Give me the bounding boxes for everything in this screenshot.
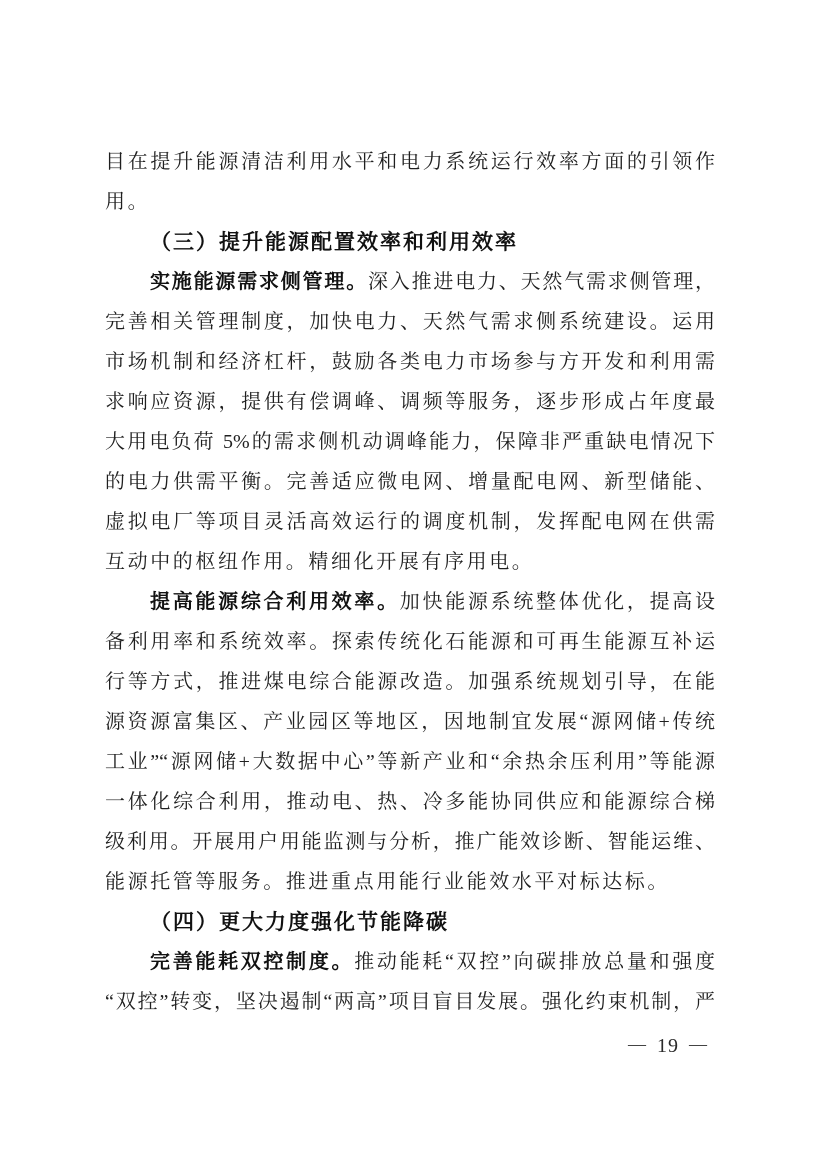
- text-line: 行等方式，推进煤电综合能源改造。加强系统规划引导，在能: [105, 662, 715, 702]
- text-run: 完善相关管理制度，加快电力、天然气需求侧系统建设。运用: [105, 311, 715, 333]
- text-line: 用。: [105, 182, 715, 222]
- page-number-dash-left: —: [628, 1034, 647, 1054]
- text-line: 能源托管等服务。推进重点用能行业能效水平对标达标。: [105, 862, 715, 902]
- text-run: 源资源富集区、产业园区等地区，因地制宜发展“源网储+传统: [105, 711, 715, 733]
- text-run: 一体化综合利用，推动电、热、冷多能协同供应和能源综合梯: [105, 791, 715, 813]
- text-line: “双控”转变，坚决遏制“两高”项目盲目发展。强化约束机制，严: [105, 982, 715, 1022]
- text-run: 互动中的枢纽作用。精细化开展有序用电。: [105, 551, 534, 573]
- page-number: —19—: [628, 1032, 708, 1060]
- text-run: 目在提升能源清洁利用水平和电力系统运行效率方面的引领作: [105, 151, 715, 173]
- section-heading: （三）提升能源配置效率和利用效率: [105, 222, 715, 262]
- text-line: 完善相关管理制度，加快电力、天然气需求侧系统建设。运用: [105, 302, 715, 342]
- text-run: 推动能耗“双控”向碳排放总量和强度: [354, 951, 715, 973]
- text-line: 虚拟电厂等项目灵活高效运行的调度机制，发挥配电网在供需: [105, 502, 715, 542]
- text-run: 行等方式，推进煤电综合能源改造。加强系统规划引导，在能: [105, 671, 715, 693]
- text-run: 用。: [105, 191, 150, 213]
- text-line: 级利用。开展用户用能监测与分析，推广能效诊断、智能运维、: [105, 822, 715, 862]
- text-run: 能源托管等服务。推进重点用能行业能效水平对标达标。: [105, 871, 670, 893]
- text-line: 实施能源需求侧管理。深入推进电力、天然气需求侧管理，: [105, 262, 715, 302]
- text-line: 提高能源综合利用效率。加快能源系统整体优化，提高设: [105, 582, 715, 622]
- text-run: 备利用率和系统效率。探索传统化石能源和可再生能源互补运: [105, 631, 715, 653]
- text-line: 求响应资源，提供有偿调峰、调频等服务，逐步形成占年度最: [105, 382, 715, 422]
- bold-run: （四）更大力度强化节能降碳: [150, 910, 449, 934]
- text-line: 源资源富集区、产业园区等地区，因地制宜发展“源网储+传统: [105, 702, 715, 742]
- text-run: “双控”转变，坚决遏制“两高”项目盲目发展。强化约束机制，严: [105, 991, 715, 1013]
- text-line: 的电力供需平衡。完善适应微电网、增量配电网、新型储能、: [105, 462, 715, 502]
- text-run: 级利用。开展用户用能监测与分析，推广能效诊断、智能运维、: [105, 831, 715, 853]
- text-run: 大用电负荷 5%的需求侧机动调峰能力，保障非严重缺电情况下: [105, 431, 715, 453]
- bold-run: 提高能源综合利用效率。: [150, 591, 400, 613]
- text-run: 求响应资源，提供有偿调峰、调频等服务，逐步形成占年度最: [105, 391, 715, 413]
- bold-run: 完善能耗双控制度。: [150, 951, 354, 973]
- text-line: 工业”“源网储+大数据中心”等新产业和“余热余压利用”等能源: [105, 742, 715, 782]
- text-line: 完善能耗双控制度。推动能耗“双控”向碳排放总量和强度: [105, 942, 715, 982]
- bold-run: （三）提升能源配置效率和利用效率: [150, 230, 518, 254]
- page-number-dash-right: —: [689, 1034, 708, 1054]
- document-page: 目在提升能源清洁利用水平和电力系统运行效率方面的引领作用。（三）提升能源配置效率…: [0, 0, 826, 1169]
- bold-run: 实施能源需求侧管理。: [150, 271, 368, 293]
- text-block: 目在提升能源清洁利用水平和电力系统运行效率方面的引领作用。（三）提升能源配置效率…: [105, 142, 715, 1022]
- section-heading: （四）更大力度强化节能降碳: [105, 902, 715, 942]
- text-run: 市场机制和经济杠杆，鼓励各类电力市场参与方开发和利用需: [105, 351, 715, 373]
- text-line: 备利用率和系统效率。探索传统化石能源和可再生能源互补运: [105, 622, 715, 662]
- text-line: 互动中的枢纽作用。精细化开展有序用电。: [105, 542, 715, 582]
- page-number-value: 19: [657, 1035, 679, 1057]
- text-run: 虚拟电厂等项目灵活高效运行的调度机制，发挥配电网在供需: [105, 511, 715, 533]
- text-line: 市场机制和经济杠杆，鼓励各类电力市场参与方开发和利用需: [105, 342, 715, 382]
- text-run: 深入推进电力、天然气需求侧管理，: [368, 271, 715, 293]
- text-line: 大用电负荷 5%的需求侧机动调峰能力，保障非严重缺电情况下: [105, 422, 715, 462]
- text-line: 一体化综合利用，推动电、热、冷多能协同供应和能源综合梯: [105, 782, 715, 822]
- text-run: 的电力供需平衡。完善适应微电网、增量配电网、新型储能、: [105, 471, 715, 493]
- text-run: 工业”“源网储+大数据中心”等新产业和“余热余压利用”等能源: [105, 751, 715, 773]
- text-line: 目在提升能源清洁利用水平和电力系统运行效率方面的引领作: [105, 142, 715, 182]
- text-run: 加快能源系统整体优化，提高设: [400, 591, 715, 613]
